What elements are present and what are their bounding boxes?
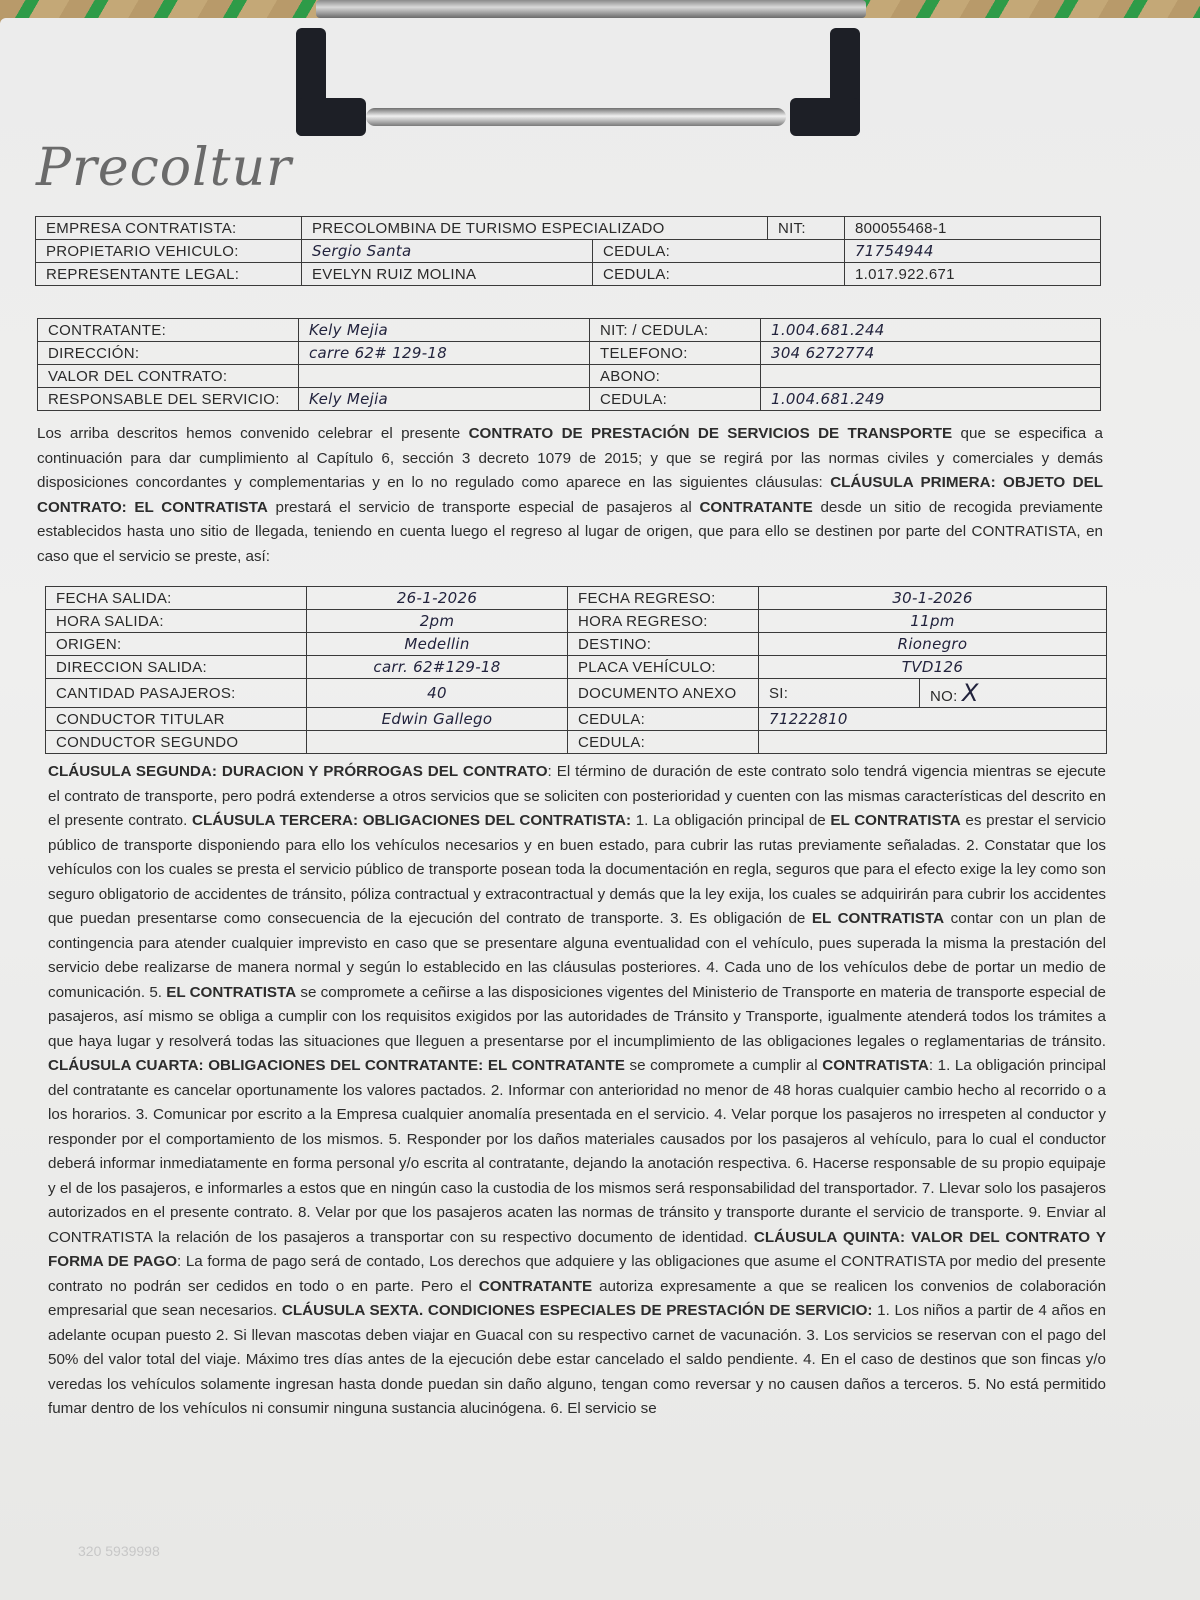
- documento-no: NO: X: [920, 679, 1107, 708]
- cedula-titular-label: CEDULA:: [568, 708, 759, 731]
- contract-title: CONTRATO DE PRESTACIÓN DE SERVICIOS DE T…: [469, 425, 953, 442]
- clause-3-bold-2: EL CONTRATISTA: [830, 812, 960, 829]
- telefono-label: TELEFONO:: [590, 342, 761, 365]
- nit-cedula-label: NIT: / CEDULA:: [590, 319, 761, 342]
- documento-si: SI:: [759, 679, 920, 708]
- trip-table: FECHA SALIDA: 26-1-2026 FECHA REGRESO: 3…: [45, 586, 1107, 754]
- clause-3-text-1: 1. La obligación principal de: [631, 812, 830, 829]
- clause-4-heading: CLÁUSULA CUARTA: OBLIGACIONES DEL CONTRA…: [48, 1057, 625, 1074]
- nit-cedula-value: 1.004.681.244: [761, 319, 1101, 342]
- clause-3-heading: CLÁUSULA TERCERA: OBLIGACIONES DEL CONTR…: [192, 812, 631, 829]
- propietario-cedula-label: CEDULA:: [593, 240, 845, 263]
- propietario-value: Sergio Santa: [302, 240, 593, 263]
- destino-value: Rionegro: [759, 633, 1107, 656]
- documento-label: DOCUMENTO ANEXO: [568, 679, 759, 708]
- intro-paragraph: Los arriba descritos hemos convenido cel…: [37, 422, 1103, 569]
- faint-phone-number: 320 5939998: [78, 1543, 160, 1559]
- empresa-value: PRECOLOMBINA DE TURISMO ESPECIALIZADO: [302, 217, 768, 240]
- responsable-cedula-label: CEDULA:: [590, 388, 761, 411]
- representante-cedula-value: 1.017.922.671: [844, 263, 1100, 286]
- clause-2-heading: CLÁUSULA SEGUNDA: DURACION Y PRÓRROGAS D…: [48, 763, 548, 780]
- nit-value: 800055468-1: [844, 217, 1100, 240]
- direccion-label: DIRECCIÓN:: [38, 342, 299, 365]
- empresa-label: EMPRESA CONTRATISTA:: [36, 217, 302, 240]
- propietario-cedula-value: 71754944: [844, 240, 1100, 263]
- clip-foot-left: [296, 98, 366, 136]
- representante-label: REPRESENTANTE LEGAL:: [36, 263, 302, 286]
- abono-value: [761, 365, 1101, 388]
- cantidad-label: CANTIDAD PASAJEROS:: [46, 679, 307, 708]
- cantidad-value: 40: [307, 679, 568, 708]
- intro-text-1: Los arriba descritos hemos convenido cel…: [37, 425, 469, 442]
- conductor-titular-value: Edwin Gallego: [307, 708, 568, 731]
- abono-label: ABONO:: [590, 365, 761, 388]
- clause-3-bold-3: EL CONTRATISTA: [812, 910, 944, 927]
- hora-salida-value: 2pm: [307, 610, 568, 633]
- conductor-segundo-label: CONDUCTOR SEGUNDO: [46, 731, 307, 754]
- client-table: CONTRATANTE: Kely Mejia NIT: / CEDULA: 1…: [37, 318, 1101, 411]
- clause-6-text: 1. Los niños a partir de 4 años en adela…: [48, 1302, 1106, 1417]
- propietario-label: PROPIETARIO VEHICULO:: [36, 240, 302, 263]
- hora-regreso-label: HORA REGRESO:: [568, 610, 759, 633]
- origen-value: Medellin: [307, 633, 568, 656]
- destino-label: DESTINO:: [568, 633, 759, 656]
- company-table: EMPRESA CONTRATISTA: PRECOLOMBINA DE TUR…: [35, 216, 1101, 286]
- cedula-segundo-label: CEDULA:: [568, 731, 759, 754]
- clip-rod: [366, 108, 786, 126]
- fecha-regreso-value: 30-1-2026: [759, 587, 1107, 610]
- clause-4-text-1: se compromete a cumplir al: [625, 1057, 822, 1074]
- clause-6-heading: CLÁUSULA SEXTA. CONDICIONES ESPECIALES D…: [282, 1302, 873, 1319]
- conductor-segundo-value: [307, 731, 568, 754]
- cedula-titular-value: 71222810: [759, 708, 1107, 731]
- clipboard-clip: [296, 0, 886, 140]
- valor-label: VALOR DEL CONTRATO:: [38, 365, 299, 388]
- clauses-body: CLÁUSULA SEGUNDA: DURACION Y PRÓRROGAS D…: [48, 760, 1106, 1422]
- direccion-salida-label: DIRECCION SALIDA:: [46, 656, 307, 679]
- responsable-value: Kely Mejia: [299, 388, 590, 411]
- direccion-value: carre 62# 129-18: [299, 342, 590, 365]
- contratante-label: CONTRATANTE:: [38, 319, 299, 342]
- telefono-value: 304 6272774: [761, 342, 1101, 365]
- no-label: NO:: [930, 688, 958, 705]
- no-checkmark: X: [962, 679, 980, 707]
- hora-salida-label: HORA SALIDA:: [46, 610, 307, 633]
- cedula-segundo-value: [759, 731, 1107, 754]
- clip-foot-right: [790, 98, 860, 136]
- hora-regreso-value: 11pm: [759, 610, 1107, 633]
- valor-value: [299, 365, 590, 388]
- clause-5-bold-2: CONTRATANTE: [479, 1278, 592, 1295]
- placa-value: TVD126: [759, 656, 1107, 679]
- clause-4-text-2: : 1. La obligación principal del contrat…: [48, 1057, 1106, 1246]
- placa-label: PLACA VEHÍCULO:: [568, 656, 759, 679]
- clause-1-bold: CONTRATANTE: [699, 499, 812, 516]
- conductor-titular-label: CONDUCTOR TITULAR: [46, 708, 307, 731]
- origen-label: ORIGEN:: [46, 633, 307, 656]
- responsable-cedula-value: 1.004.681.249: [761, 388, 1101, 411]
- representante-cedula-label: CEDULA:: [593, 263, 845, 286]
- clip-top-bar: [316, 0, 866, 18]
- direccion-salida-value: carr. 62#129-18: [307, 656, 568, 679]
- company-logo: Precoltur: [36, 138, 292, 198]
- responsable-label: RESPONSABLE DEL SERVICIO:: [38, 388, 299, 411]
- contratante-value: Kely Mejia: [299, 319, 590, 342]
- fecha-salida-value: 26-1-2026: [307, 587, 568, 610]
- clause-4-bold-2: CONTRATISTA: [822, 1057, 929, 1074]
- clause-1-text: prestará el servicio de transporte espec…: [268, 499, 700, 516]
- fecha-salida-label: FECHA SALIDA:: [46, 587, 307, 610]
- nit-label: NIT:: [767, 217, 844, 240]
- clause-3-bold-4: EL CONTRATISTA: [166, 984, 296, 1001]
- representante-value: EVELYN RUIZ MOLINA: [302, 263, 593, 286]
- fecha-regreso-label: FECHA REGRESO:: [568, 587, 759, 610]
